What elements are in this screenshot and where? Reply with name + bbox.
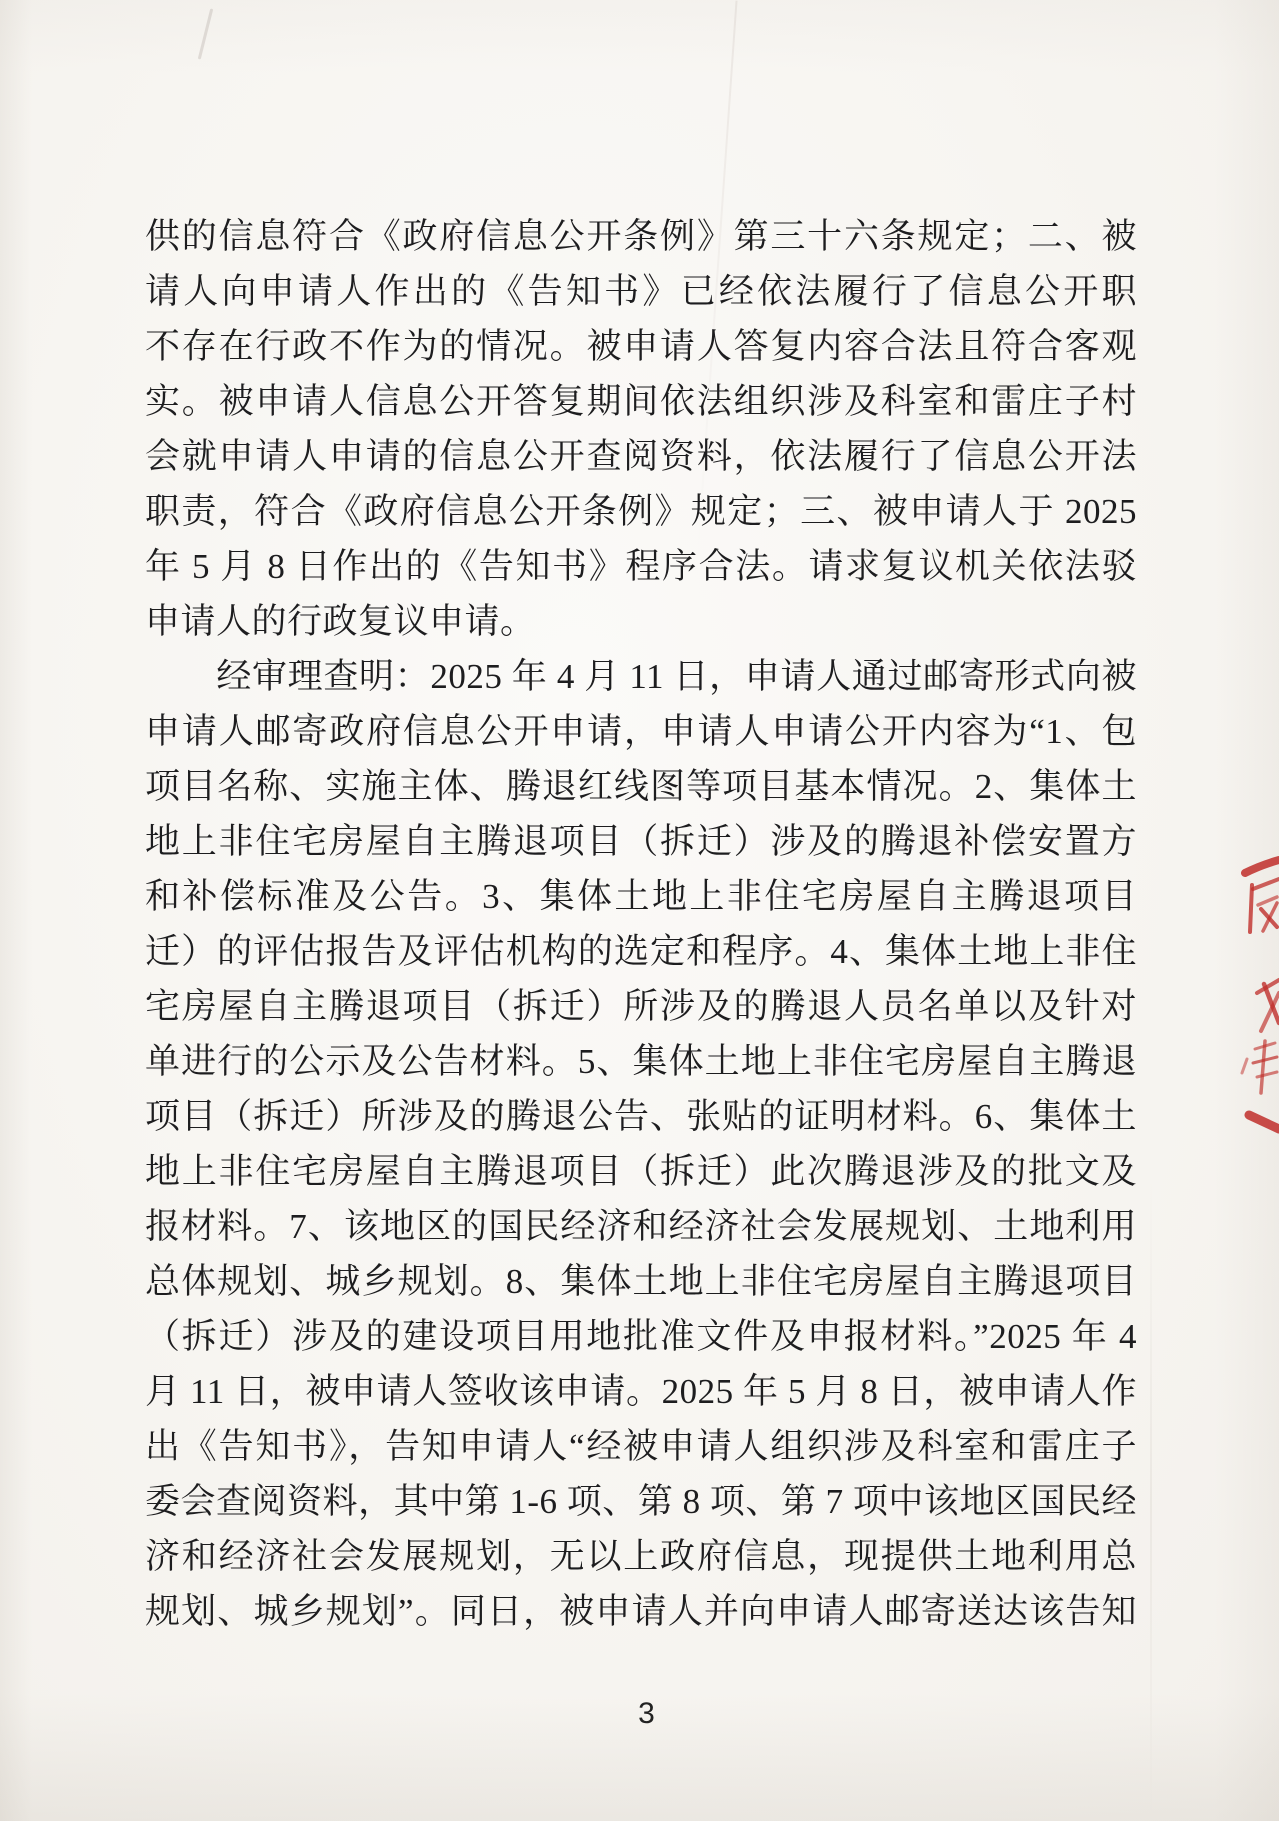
text-line: 规划、城乡规划”。同日，被申请人并向申请人邮寄送达该告知 — [145, 1584, 1137, 1639]
text-line: 委会查阅资料，其中第 1-6 项、第 8 项、第 7 项中该地区国民经 — [145, 1474, 1137, 1529]
text-line: 不存在行政不作为的情况。被申请人答复内容合法且符合客观事 — [145, 319, 1137, 374]
text-line: 月 11 日，被申请人签收该申请。2025 年 5 月 8 日，被申请人作 — [145, 1364, 1137, 1419]
text-line: 年 5 月 8 日作出的《告知书》程序合法。请求复议机关依法驳回 — [145, 539, 1137, 594]
red-seal-stamp-icon — [1239, 852, 1279, 1142]
text-line-paragraph-start: 经审理查明：2025 年 4 月 11 日，申请人通过邮寄形式向被 — [145, 649, 1137, 704]
text-line-paragraph-end: 申请人的行政复议申请。 — [145, 594, 1137, 649]
document-body-text: 供的信息符合《政府信息公开条例》第三十六条规定；二、被申 请人向申请人作出的《告… — [145, 209, 1137, 1639]
text-line: 申请人邮寄政府信息公开申请，申请人申请公开内容为“1、包括 — [145, 704, 1137, 759]
text-line: 职责，符合《政府信息公开条例》规定；三、被申请人于 2025 — [145, 484, 1137, 539]
scan-crease-mark — [198, 8, 213, 59]
text-line: 报材料。7、该地区的国民经济和经济社会发展规划、土地利用 — [145, 1199, 1137, 1254]
document-page: 供的信息符合《政府信息公开条例》第三十六条规定；二、被申 请人向申请人作出的《告… — [0, 0, 1279, 1821]
text-line: 地上非住宅房屋自主腾退项目（拆迁）此次腾退涉及的批文及申 — [145, 1144, 1137, 1199]
text-line: 单进行的公示及公告材料。5、集体土地上非住宅房屋自主腾退 — [145, 1034, 1137, 1089]
text-line: 请人向申请人作出的《告知书》已经依法履行了信息公开职责， — [145, 264, 1137, 319]
text-line: 项目（拆迁）所涉及的腾退公告、张贴的证明材料。6、集体土 — [145, 1089, 1137, 1144]
text-line: 实。被申请人信息公开答复期间依法组织涉及科室和雷庄子村委 — [145, 374, 1137, 429]
text-line: 迁）的评估报告及评估机构的选定和程序。4、集体土地上非住 — [145, 924, 1137, 979]
text-line: 和补偿标准及公告。3、集体土地上非住宅房屋自主腾退项目（拆 — [145, 869, 1137, 924]
page-number: 3 — [14, 1697, 1279, 1731]
text-line: 出《告知书》，告知申请人“经被申请人组织涉及科室和雷庄子村 — [145, 1419, 1137, 1474]
text-line: 供的信息符合《政府信息公开条例》第三十六条规定；二、被申 — [145, 209, 1137, 264]
text-line: 宅房屋自主腾退项目（拆迁）所涉及的腾退人员名单以及针对名 — [145, 979, 1137, 1034]
text-line: 项目名称、实施主体、腾退红线图等项目基本情况。2、集体土 — [145, 759, 1137, 814]
text-line: 地上非住宅房屋自主腾退项目（拆迁）涉及的腾退补偿安置方案 — [145, 814, 1137, 869]
text-line: 会就申请人申请的信息公开查阅资料，依法履行了信息公开法定 — [145, 429, 1137, 484]
text-line: （拆迁）涉及的建设项目用地批准文件及申报材料。”2025 年 4 — [145, 1309, 1137, 1364]
text-line: 济和经济社会发展规划，无以上政府信息，现提供土地利用总体 — [145, 1529, 1137, 1584]
text-line: 总体规划、城乡规划。8、集体土地上非住宅房屋自主腾退项目 — [145, 1254, 1137, 1309]
